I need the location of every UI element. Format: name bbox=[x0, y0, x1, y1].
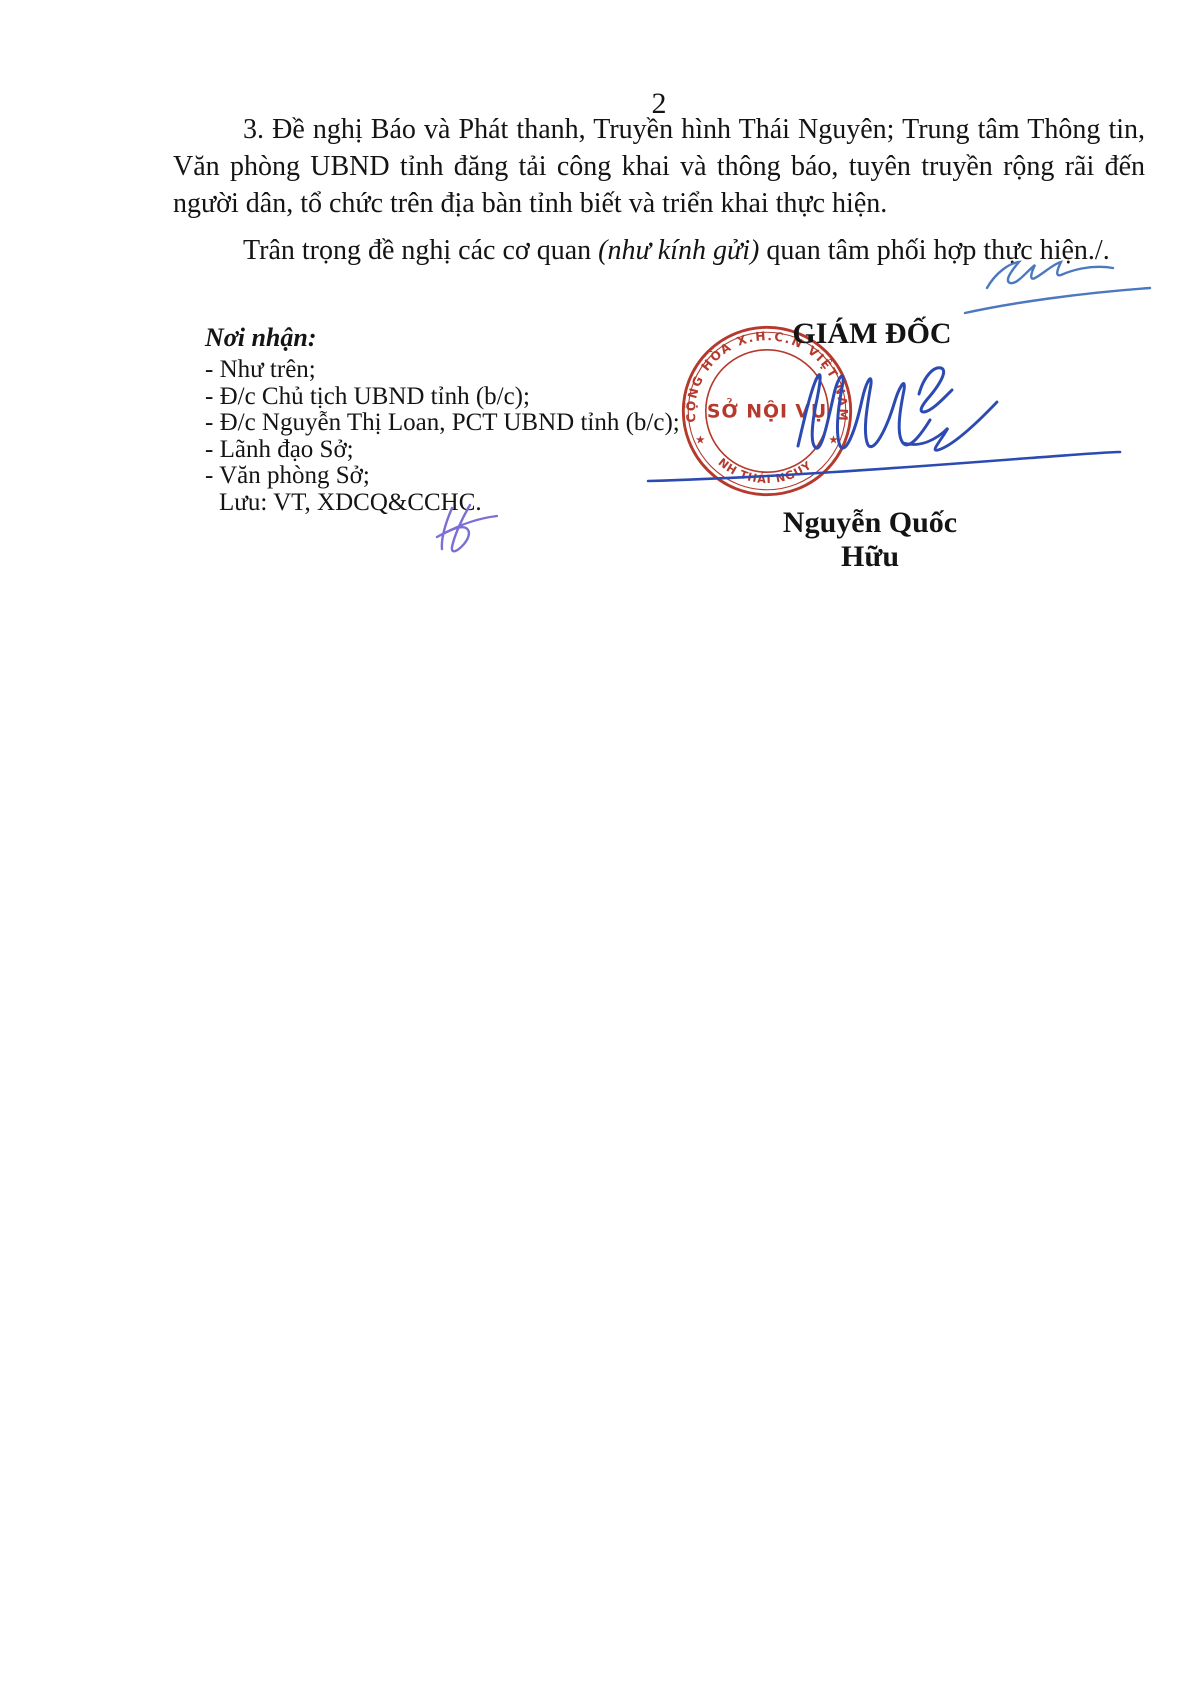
paragraph-1: 3. Đề nghị Báo và Phát thanh, Truyền hìn… bbox=[173, 111, 1145, 222]
paragraph-2-italic: (như kính gửi) bbox=[598, 235, 759, 266]
recipient-item: - Đ/c Chủ tịch UBND tỉnh (b/c); bbox=[205, 384, 680, 411]
recipient-item: - Văn phòng Sở; bbox=[205, 463, 680, 490]
document-page: 2 3. Đề nghị Báo và Phát thanh, Truyền h… bbox=[0, 0, 1190, 1684]
seal-star-right-icon: ★ bbox=[828, 433, 838, 446]
signer-title: GIÁM ĐỐC bbox=[772, 317, 972, 351]
paragraph-2: Trân trọng đề nghị các cơ quan (như kính… bbox=[173, 232, 1145, 269]
initial-signature-bottom-left-cross bbox=[445, 516, 497, 533]
initial-underline-top-right bbox=[965, 288, 1150, 313]
signer-name: Nguyễn Quốc Hữu bbox=[752, 506, 988, 574]
seal-star-left-icon: ★ bbox=[695, 433, 705, 446]
recipients-list: - Như trên; - Đ/c Chủ tịch UBND tỉnh (b/… bbox=[205, 357, 680, 516]
recipient-item: - Như trên; bbox=[205, 357, 680, 384]
signature-stroke-flourish bbox=[919, 368, 952, 412]
recipient-item: - Lãnh đạo Sở; bbox=[205, 437, 680, 464]
seal-center-text: SỞ NỘI VỤ bbox=[707, 397, 827, 422]
recipients-heading: Nơi nhận: bbox=[205, 323, 680, 353]
signature-stroke-tail bbox=[903, 402, 997, 450]
paragraph-2-prefix: Trân trọng đề nghị các cơ quan bbox=[243, 235, 598, 266]
recipients-block: Nơi nhận: - Như trên; - Đ/c Chủ tịch UBN… bbox=[205, 323, 680, 516]
recipient-item-luu: Lưu: VT, XDCQ&CCHC. bbox=[205, 490, 680, 517]
paragraph-2-suffix: quan tâm phối hợp thực hiện./. bbox=[759, 235, 1109, 266]
recipient-item: - Đ/c Nguyễn Thị Loan, PCT UBND tỉnh (b/… bbox=[205, 410, 680, 437]
